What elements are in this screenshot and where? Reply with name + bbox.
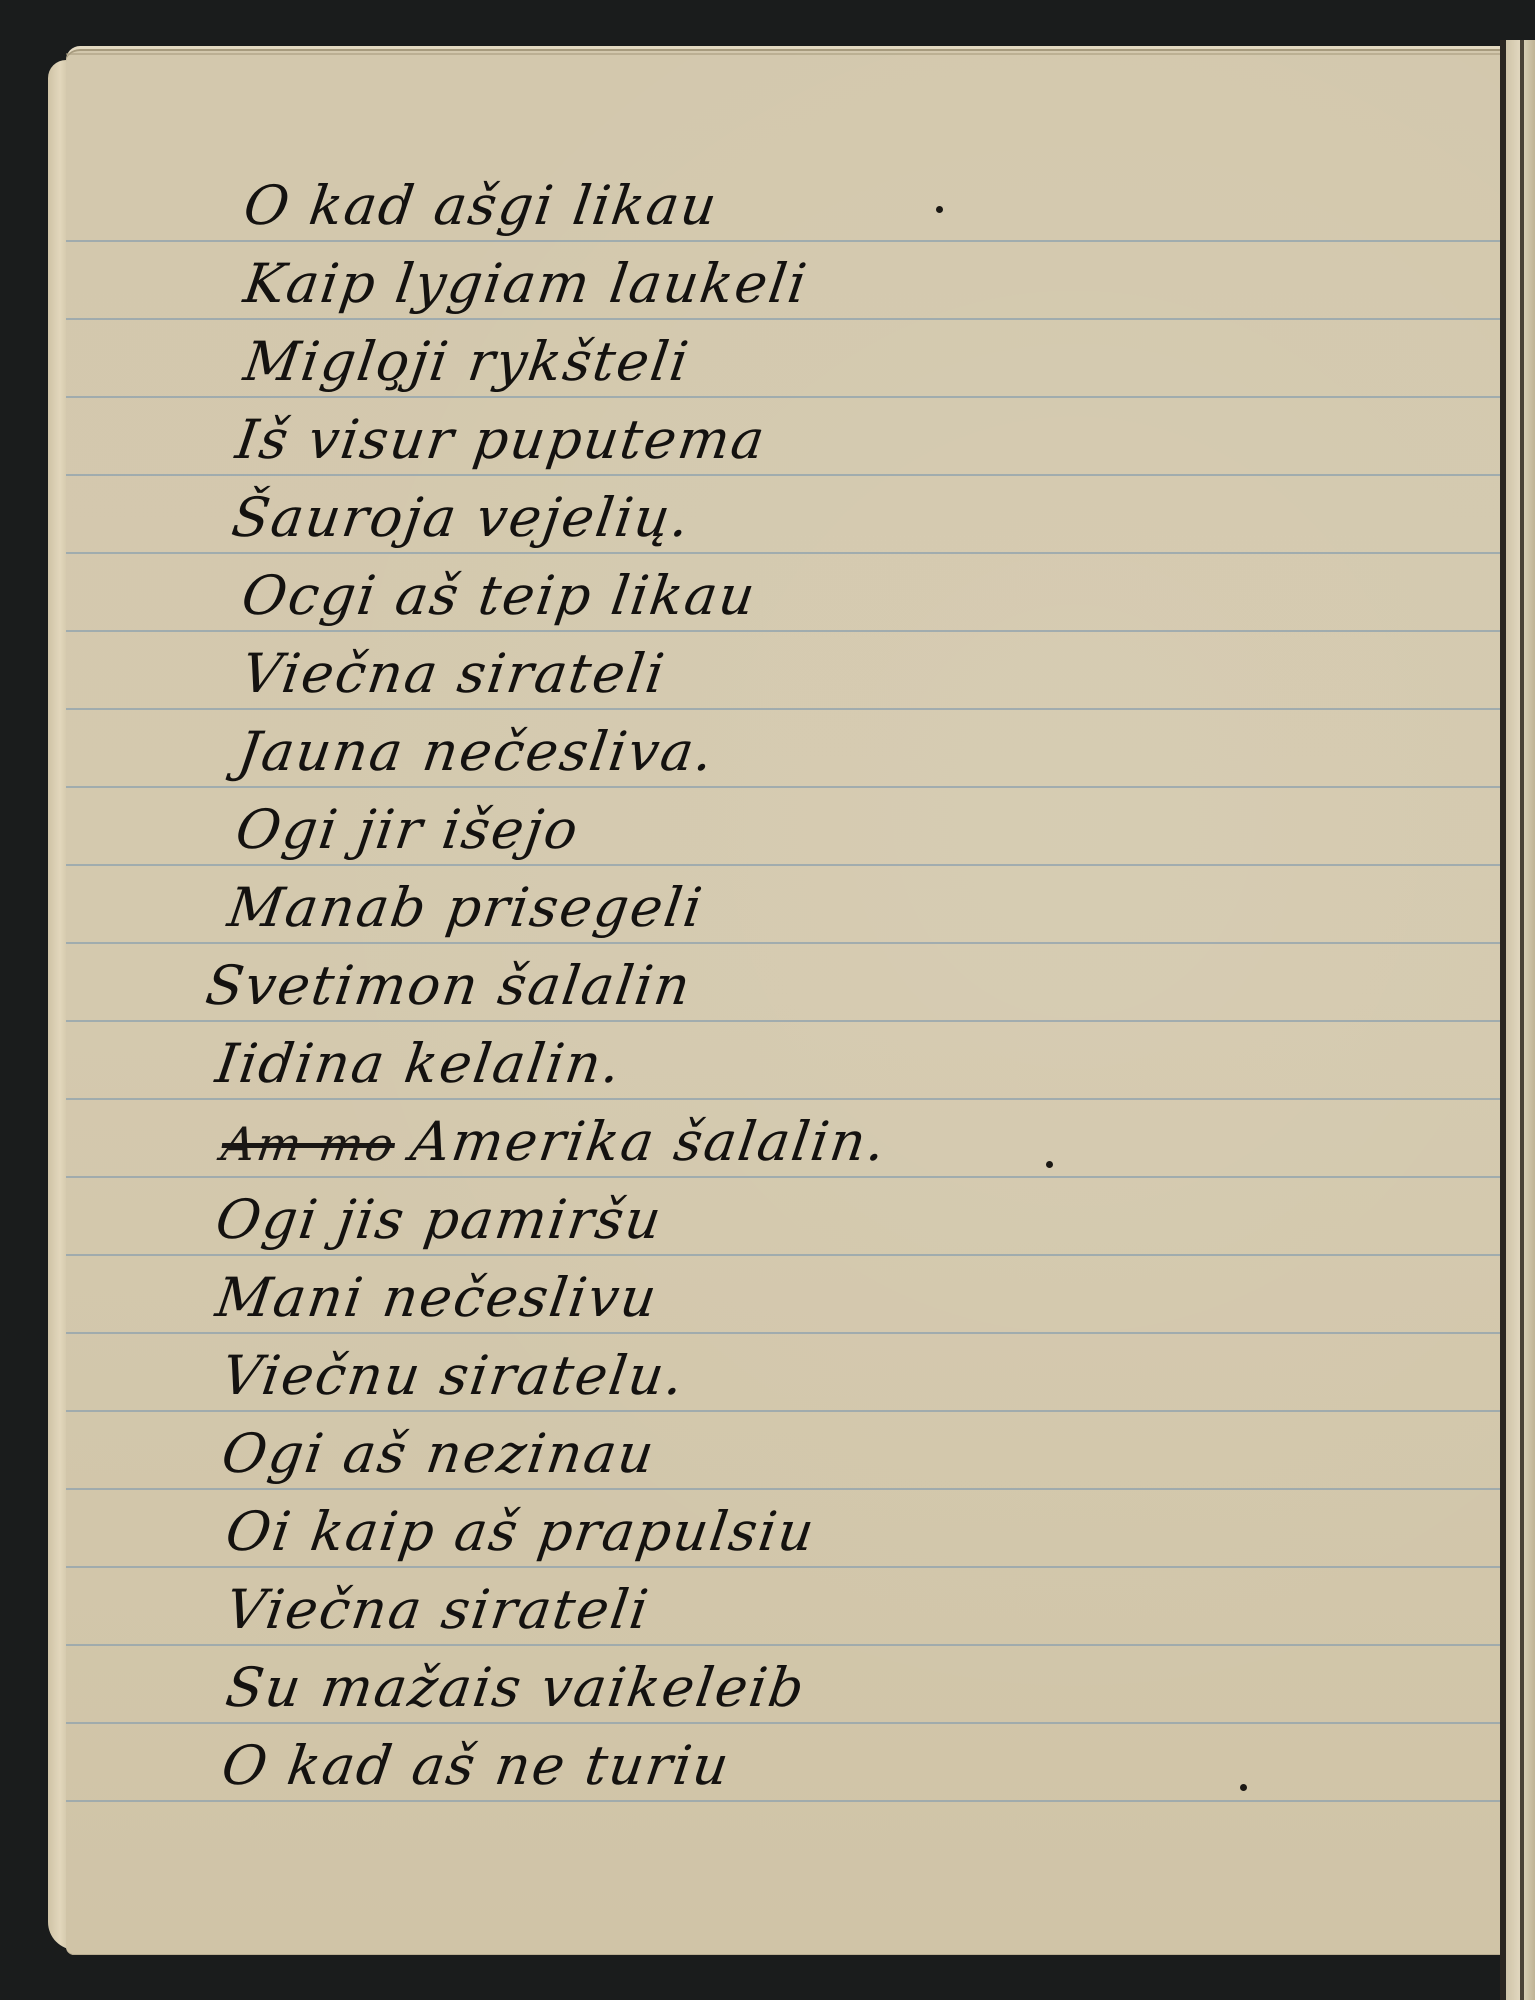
handwritten-line: Ogi jir išejo xyxy=(231,798,583,868)
ink-dot xyxy=(1046,1161,1053,1168)
handwritten-line: Manab prisegeli xyxy=(223,876,707,946)
handwritten-line: Su mažais vaikeleib xyxy=(221,1656,810,1726)
handwritten-line: Svetimon šalalin xyxy=(201,954,696,1024)
handwritten-line: Jauna nečesliva. xyxy=(233,720,719,790)
handwritten-line: Viečnu siratelu. xyxy=(217,1344,689,1414)
handwritten-line: Ocgi aš teip likau xyxy=(237,564,760,634)
handwritten-line: Iidina kelalin. xyxy=(211,1032,626,1102)
handwritten-line: Ogi aš nezinau xyxy=(217,1422,659,1492)
handwritten-line: Kaip lygiam laukeli xyxy=(239,252,812,322)
handwritten-line-with-strikethrough: Am moAmerika šalalin. xyxy=(217,1110,891,1180)
page-top-border xyxy=(66,53,1506,55)
handwritten-line: Oi kaip aš prapulsiu xyxy=(221,1500,819,1570)
ink-dot xyxy=(1240,1784,1247,1791)
handwritten-line: O kad ašgi likau xyxy=(239,174,722,244)
ink-dot xyxy=(936,206,943,213)
handwritten-line: Iš visur puputema xyxy=(231,408,770,478)
struck-through-text: Am mo xyxy=(218,1117,398,1171)
handwritten-line-text: Amerika šalalin. xyxy=(407,1110,891,1173)
handwritten-line: Miglo̧ji rykšteli xyxy=(239,330,694,400)
facing-page-edge xyxy=(1524,40,1535,2000)
handwritten-line: Mani nečeslivu xyxy=(211,1266,662,1336)
handwritten-line: Šauroja vejelių. xyxy=(227,486,695,556)
handwritten-line: Viečna sirateli xyxy=(221,1578,654,1648)
handwritten-line: O kad aš ne turiu xyxy=(217,1734,734,1804)
notebook-spine-page xyxy=(1506,40,1520,2000)
handwritten-line: Ogi jis pamiršu xyxy=(211,1188,667,1258)
notebook-page: O kad ašgi likau Kaip lygiam laukeli Mig… xyxy=(66,46,1506,1955)
handwritten-line: Viečna sirateli xyxy=(237,642,670,712)
